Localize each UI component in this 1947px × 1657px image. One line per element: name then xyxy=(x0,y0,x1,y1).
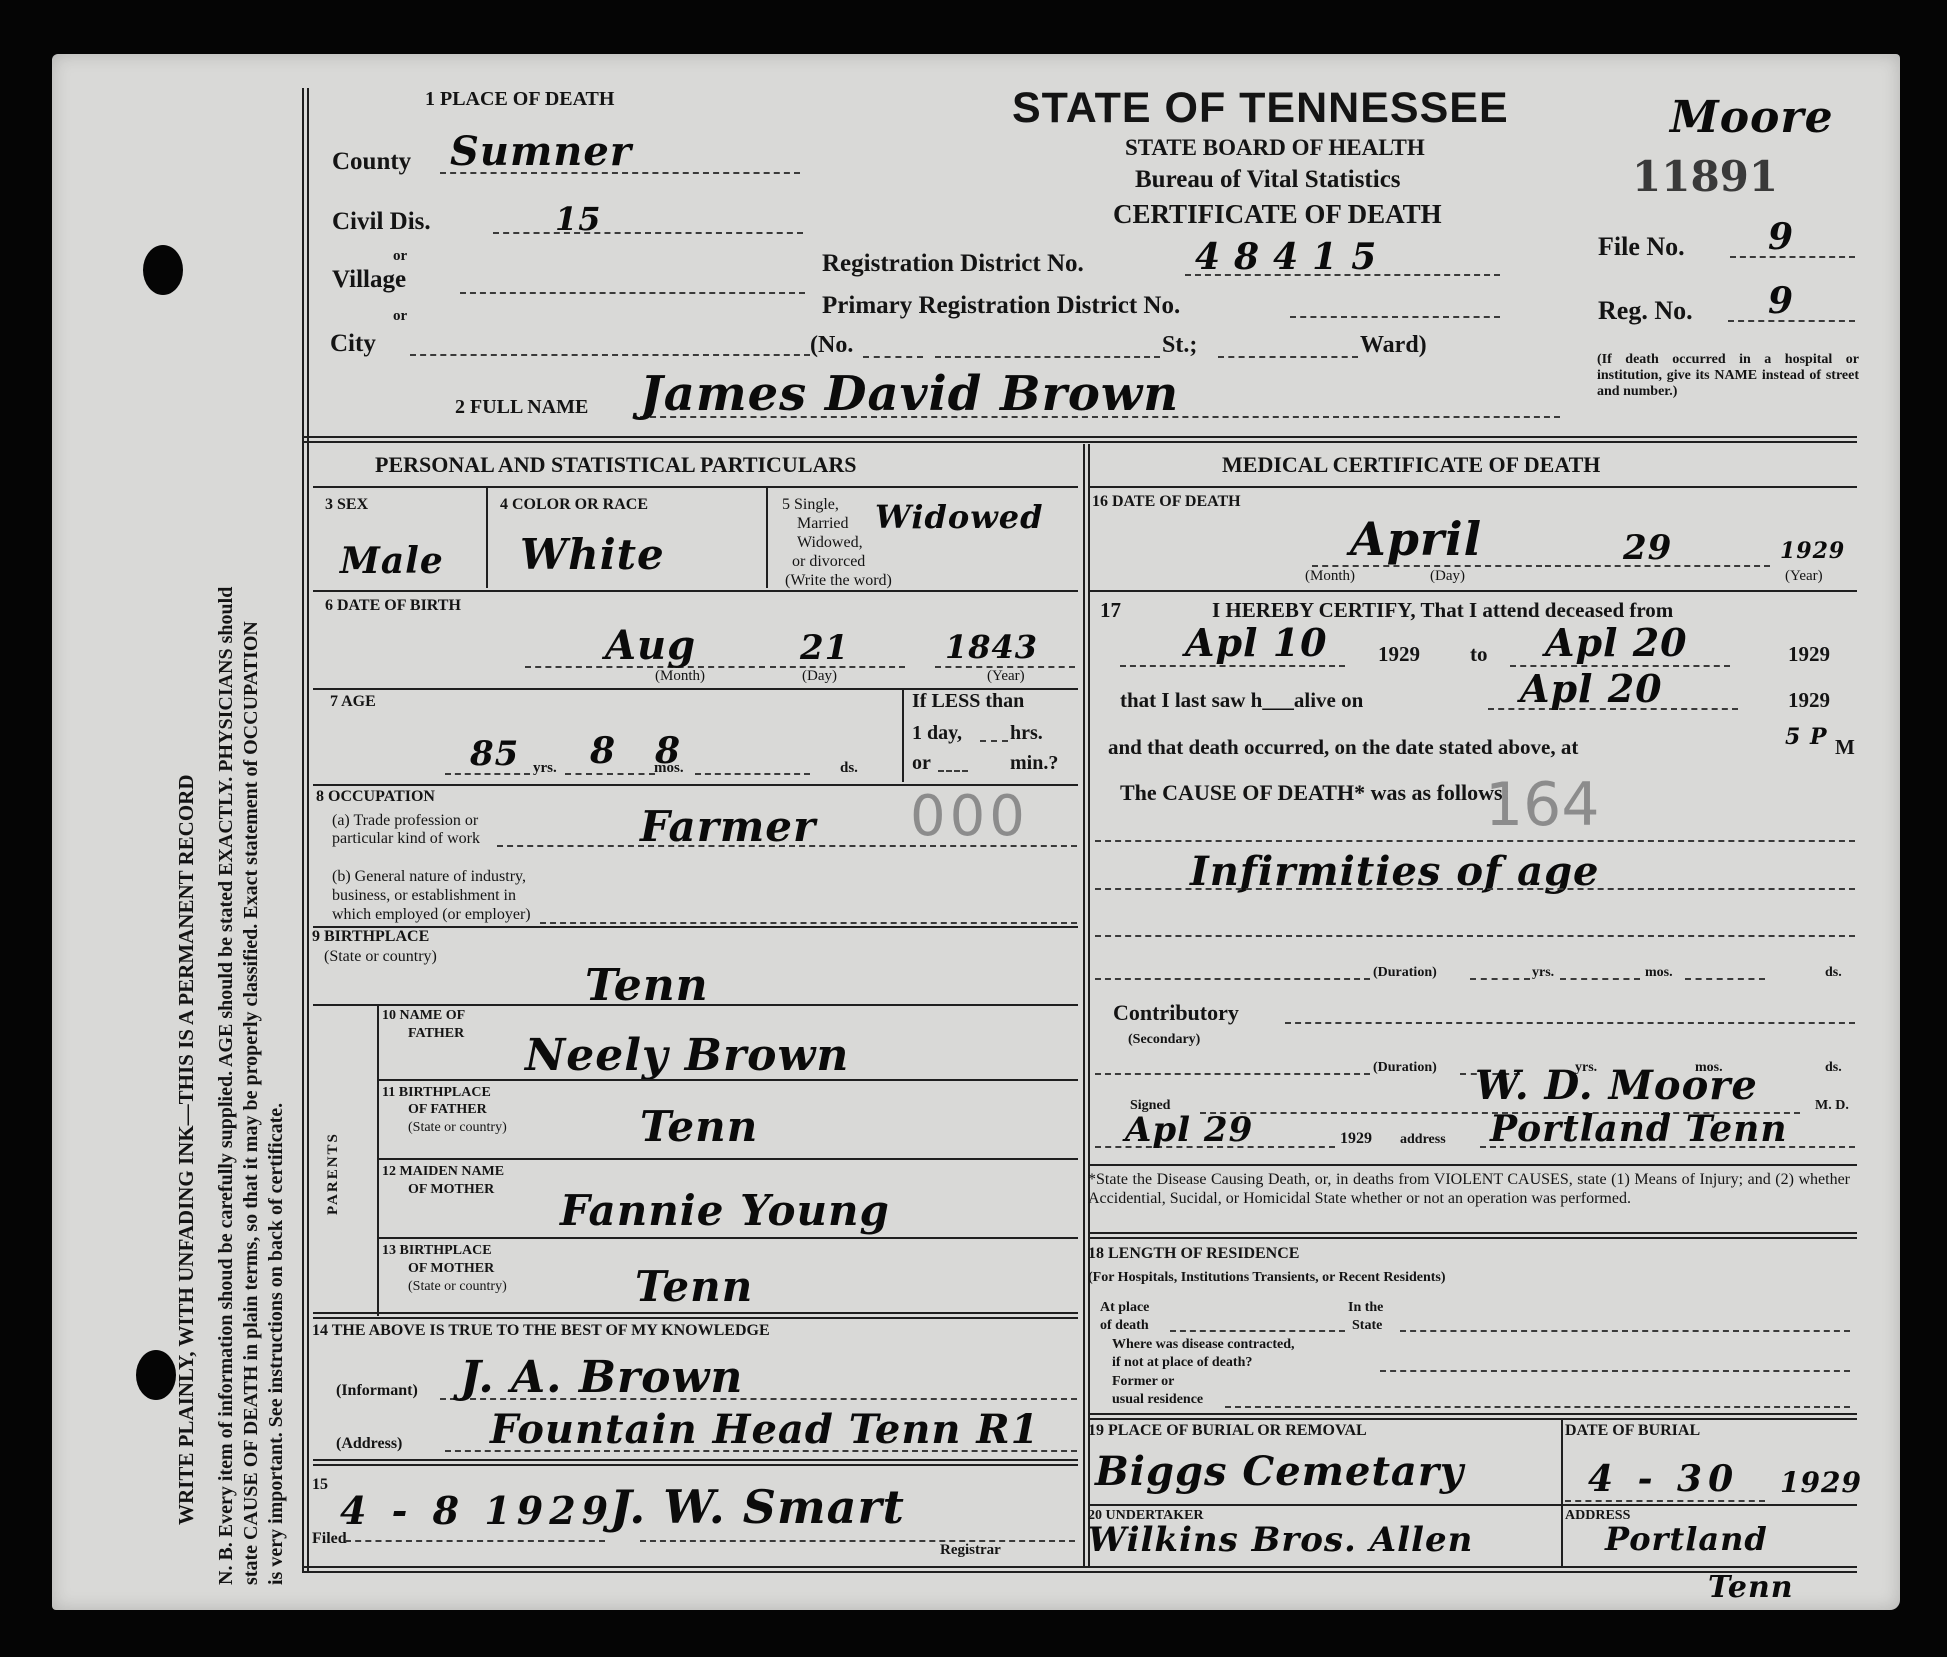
father-name-field[interactable]: Neely Brown xyxy=(525,1030,849,1081)
dob-year-caption: (Year) xyxy=(987,668,1025,685)
dob-month-caption: (Month) xyxy=(655,668,705,685)
occ-a-label-2: particular kind of work xyxy=(332,830,480,848)
signed-address-label: address xyxy=(1400,1132,1446,1148)
bureau-title: Bureau of Vital Statistics xyxy=(1135,166,1401,194)
mother-bp-label-1: 13 BIRTHPLACE xyxy=(382,1243,492,1259)
informant-address-field[interactable]: Fountain Head Tenn R1 xyxy=(490,1406,1040,1453)
residence-sublabel: (For Hospitals, Institutions Transients,… xyxy=(1088,1270,1446,1286)
primary-reg-label: Primary Registration District No. xyxy=(822,292,1180,320)
registrar-label: Registrar xyxy=(940,1542,1001,1559)
undertaker-address-field-2[interactable]: Tenn xyxy=(1708,1570,1794,1605)
sex-field[interactable]: Male xyxy=(340,540,444,582)
occ-a-label-1: (a) Trade profession or xyxy=(332,812,478,830)
informant-field[interactable]: J. A. Brown xyxy=(460,1352,743,1403)
former-residence-field[interactable] xyxy=(1225,1406,1850,1408)
dod-year-caption: (Year) xyxy=(1785,568,1823,585)
punch-hole-top xyxy=(143,245,183,295)
residence-label: 18 LENGTH OF RESIDENCE xyxy=(1088,1245,1299,1263)
city-label: City xyxy=(330,330,376,358)
physician-address-field[interactable]: Portland Tenn xyxy=(1490,1108,1788,1150)
instruction-line-3: state CAUSE OF DEATH in plain terms, so … xyxy=(240,621,263,1585)
cause-code: 164 xyxy=(1485,770,1600,840)
less-than-or-label: or xyxy=(912,752,931,775)
address-label: (Address) xyxy=(336,1435,402,1453)
reg-no-field[interactable]: 9 xyxy=(1768,280,1794,322)
reg-district-label: Registration District No. xyxy=(822,250,1084,278)
age-years-field[interactable]: 85 xyxy=(470,734,519,774)
in-state-label-1: In the xyxy=(1348,1300,1383,1316)
place-of-death-heading: 1 PLACE OF DEATH xyxy=(425,88,614,111)
board-title: STATE BOARD OF HEALTH xyxy=(1125,135,1425,161)
registrar-field[interactable]: J. W. Smart xyxy=(610,1480,905,1534)
village-label: Village xyxy=(332,266,406,294)
burial-place-field[interactable]: Biggs Cemetary xyxy=(1095,1448,1464,1495)
occupation-code: 000 xyxy=(910,784,1029,849)
stamp-number: 11891 xyxy=(1632,152,1778,201)
to-label: to xyxy=(1470,642,1488,667)
dob-label: 6 DATE OF BIRTH xyxy=(325,597,461,615)
father-bp-label-3: (State or country) xyxy=(408,1120,507,1136)
occupation-b-field[interactable] xyxy=(540,922,1077,924)
marital-label-1: 5 Single, xyxy=(782,496,839,514)
city-field[interactable] xyxy=(410,354,810,356)
less-than-hrs-label: hrs. xyxy=(1010,722,1043,745)
signed-date-field[interactable]: Apl 29 xyxy=(1125,1110,1253,1150)
civil-dis-field[interactable]: 15 xyxy=(555,200,602,238)
dod-year-field[interactable]: 1929 xyxy=(1780,538,1845,564)
burial-date-label: DATE OF BURIAL xyxy=(1565,1422,1700,1440)
last-saw-label: that I last saw h___alive on xyxy=(1120,688,1363,713)
duration-label-2: (Duration) xyxy=(1373,1060,1437,1076)
file-no-field[interactable]: 9 xyxy=(1768,216,1794,258)
marital-label-4: or divorced xyxy=(792,553,865,571)
duration-label-1: (Duration) xyxy=(1373,965,1437,981)
above-true-label: 14 THE ABOVE IS TRUE TO THE BEST OF MY K… xyxy=(312,1322,770,1340)
duration-ds-2: ds. xyxy=(1825,1060,1842,1076)
full-name-field[interactable]: James David Brown xyxy=(640,366,1179,422)
footnote: *State the Disease Causing Death, or, in… xyxy=(1088,1170,1850,1208)
occ-b-label-3: which employed (or employer) xyxy=(332,906,531,924)
birthplace-label: 9 BIRTHPLACE xyxy=(312,928,429,946)
dob-day-caption: (Day) xyxy=(802,668,837,685)
age-months-field[interactable]: 8 xyxy=(590,730,616,772)
burial-date-field[interactable]: 4 - 30 xyxy=(1588,1458,1739,1500)
last-saw-field[interactable]: Apl 20 xyxy=(1520,666,1663,711)
age-label: 7 AGE xyxy=(330,693,376,711)
mother-name-label-1: 12 MAIDEN NAME xyxy=(382,1164,504,1180)
dod-month-field[interactable]: April xyxy=(1350,512,1482,566)
street-label: St.; xyxy=(1162,332,1197,359)
residence-in-state-field[interactable] xyxy=(1400,1330,1850,1332)
file-no-label: File No. xyxy=(1598,232,1685,262)
mother-name-label-2: OF MOTHER xyxy=(408,1182,494,1198)
attend-from-year: 1929 xyxy=(1378,642,1420,667)
mother-name-field[interactable]: Fannie Young xyxy=(560,1186,890,1235)
village-field[interactable] xyxy=(460,292,805,294)
duration-ds-1: ds. xyxy=(1825,965,1842,981)
county-annotation: Moore xyxy=(1670,92,1834,143)
dob-year-field[interactable]: 1843 xyxy=(945,628,1038,666)
mother-bp-field[interactable]: Tenn xyxy=(635,1262,753,1311)
burial-place-label: 19 PLACE OF BURIAL OR REMOVAL xyxy=(1088,1422,1367,1440)
state-title: STATE OF TENNESSEE xyxy=(1012,84,1509,133)
physician-signature[interactable]: W. D. Moore xyxy=(1475,1062,1758,1109)
bottom-double-rule xyxy=(302,1566,1857,1573)
reg-no-label: Reg. No. xyxy=(1598,296,1693,326)
secondary-label: (Secondary) xyxy=(1128,1032,1200,1048)
md-label: M. D. xyxy=(1815,1098,1849,1114)
center-divider xyxy=(1083,444,1090,1568)
marital-label-2: Married xyxy=(797,515,849,533)
residence-at-place-field[interactable] xyxy=(1170,1330,1345,1332)
occupation-label: 8 OCCUPATION xyxy=(316,788,435,806)
mother-bp-label-2: OF MOTHER xyxy=(408,1261,494,1277)
dob-month-field[interactable]: Aug xyxy=(605,622,696,669)
filed-date-field[interactable]: 4 - 8 1929 xyxy=(340,1488,614,1533)
death-occurred-label: and that death occurred, on the date sta… xyxy=(1108,735,1578,760)
death-time-suffix: M xyxy=(1835,735,1855,760)
duration-mos-1: mos. xyxy=(1645,965,1673,981)
medical-heading: MEDICAL CERTIFICATE OF DEATH xyxy=(1222,452,1600,478)
last-saw-year: 1929 xyxy=(1788,688,1830,713)
mother-bp-label-3: (State or country) xyxy=(408,1279,507,1295)
instruction-line-1: WRITE PLAINLY, WITH UNFADING INK—THIS IS… xyxy=(174,774,199,1525)
undertaker-address-field[interactable]: Portland xyxy=(1605,1520,1768,1558)
dod-day-field[interactable]: 29 xyxy=(1623,528,1672,568)
father-bp-label-2: OF FATHER xyxy=(408,1102,487,1118)
name-section-rule xyxy=(302,436,1857,443)
civil-dis-label: Civil Dis. xyxy=(332,208,431,236)
hospital-note: (If death occurred in a hospital or inst… xyxy=(1597,352,1859,400)
occupation-a-field[interactable]: Farmer xyxy=(640,802,816,851)
undertaker-field[interactable]: Wilkins Bros. Allen xyxy=(1088,1520,1473,1560)
at-place-label-1: At place xyxy=(1100,1300,1149,1316)
race-field[interactable]: White xyxy=(520,530,665,579)
dod-month-caption: (Month) xyxy=(1305,568,1355,585)
full-name-label: 2 FULL NAME xyxy=(455,396,588,419)
marital-label-3: Widowed, xyxy=(797,534,863,552)
personal-heading: PERSONAL AND STATISTICAL PARTICULARS xyxy=(375,452,857,478)
occ-b-label-1: (b) General nature of industry, xyxy=(332,868,526,886)
primary-reg-field[interactable] xyxy=(1290,316,1500,318)
death-time-field[interactable]: 5 P xyxy=(1785,724,1828,750)
or-label-1: or xyxy=(393,248,407,265)
certificate-title: CERTIFICATE OF DEATH xyxy=(1113,199,1442,230)
left-double-rule xyxy=(302,88,309,1573)
father-name-label-1: 10 NAME OF xyxy=(382,1008,465,1024)
less-than-label: If LESS than xyxy=(912,690,1024,713)
father-bp-field[interactable]: Tenn xyxy=(640,1102,758,1151)
burial-year-field[interactable]: 1929 xyxy=(1780,1466,1862,1499)
in-state-label-2: State xyxy=(1352,1318,1382,1334)
less-than-min-label: min.? xyxy=(1010,752,1058,775)
father-name-label-2: FATHER xyxy=(408,1026,464,1042)
contracted-field[interactable] xyxy=(1380,1370,1850,1372)
age-ds-unit: ds. xyxy=(840,760,858,777)
instruction-line-2: N. B. Every item of information shoud be… xyxy=(215,587,238,1585)
father-bp-label-1: 11 BIRTHPLACE xyxy=(382,1085,491,1101)
former-res-label-1: Former or xyxy=(1112,1374,1174,1390)
county-field[interactable]: Sumner xyxy=(450,128,632,175)
dob-day-field[interactable]: 21 xyxy=(800,628,849,668)
marital-label-5: (Write the word) xyxy=(785,572,892,590)
filed-number: 15 xyxy=(312,1476,328,1494)
age-days-field[interactable]: 8 xyxy=(655,730,681,772)
dod-label: 16 DATE OF DEATH xyxy=(1092,493,1241,511)
informant-label: (Informant) xyxy=(336,1382,418,1400)
certify-number: 17 xyxy=(1100,598,1121,623)
contributory-field[interactable] xyxy=(1285,1022,1855,1024)
contracted-label-1: Where was disease contracted, xyxy=(1112,1337,1295,1353)
occ-b-label-2: business, or establishment in xyxy=(332,887,516,905)
attend-to-field[interactable]: Apl 20 xyxy=(1545,620,1688,665)
signed-year: 1929 xyxy=(1340,1130,1372,1148)
cause-label: The CAUSE OF DEATH* was as follows: xyxy=(1120,780,1510,806)
or-label-2: or xyxy=(393,308,407,325)
birthplace-sublabel: (State or country) xyxy=(324,948,437,966)
parents-label: PARENTS xyxy=(325,1132,342,1215)
dod-day-caption: (Day) xyxy=(1430,568,1465,585)
ward-label: Ward) xyxy=(1360,332,1427,359)
age-yrs-unit: yrs. xyxy=(533,760,557,777)
less-than-day-label: 1 day, xyxy=(912,722,962,745)
punch-hole-bottom xyxy=(136,1350,176,1400)
marital-field[interactable]: Widowed xyxy=(875,498,1044,536)
at-place-label-2: of death xyxy=(1100,1318,1149,1334)
sex-label: 3 SEX xyxy=(325,496,368,514)
instruction-line-4: is very important. See instructions on b… xyxy=(265,1103,288,1585)
contributory-label: Contributory xyxy=(1113,1000,1239,1026)
contracted-label-2: if not at place of death? xyxy=(1112,1355,1252,1371)
reg-district-field[interactable]: 48415 xyxy=(1195,236,1390,278)
city-no-label: (No. xyxy=(810,332,853,359)
attend-to-year: 1929 xyxy=(1788,642,1830,667)
attend-from-field[interactable]: Apl 10 xyxy=(1185,620,1328,665)
county-label: County xyxy=(332,148,411,176)
former-res-label-2: usual residence xyxy=(1112,1392,1203,1408)
race-label: 4 COLOR OR RACE xyxy=(500,496,648,514)
duration-yrs-1: yrs. xyxy=(1532,965,1554,981)
